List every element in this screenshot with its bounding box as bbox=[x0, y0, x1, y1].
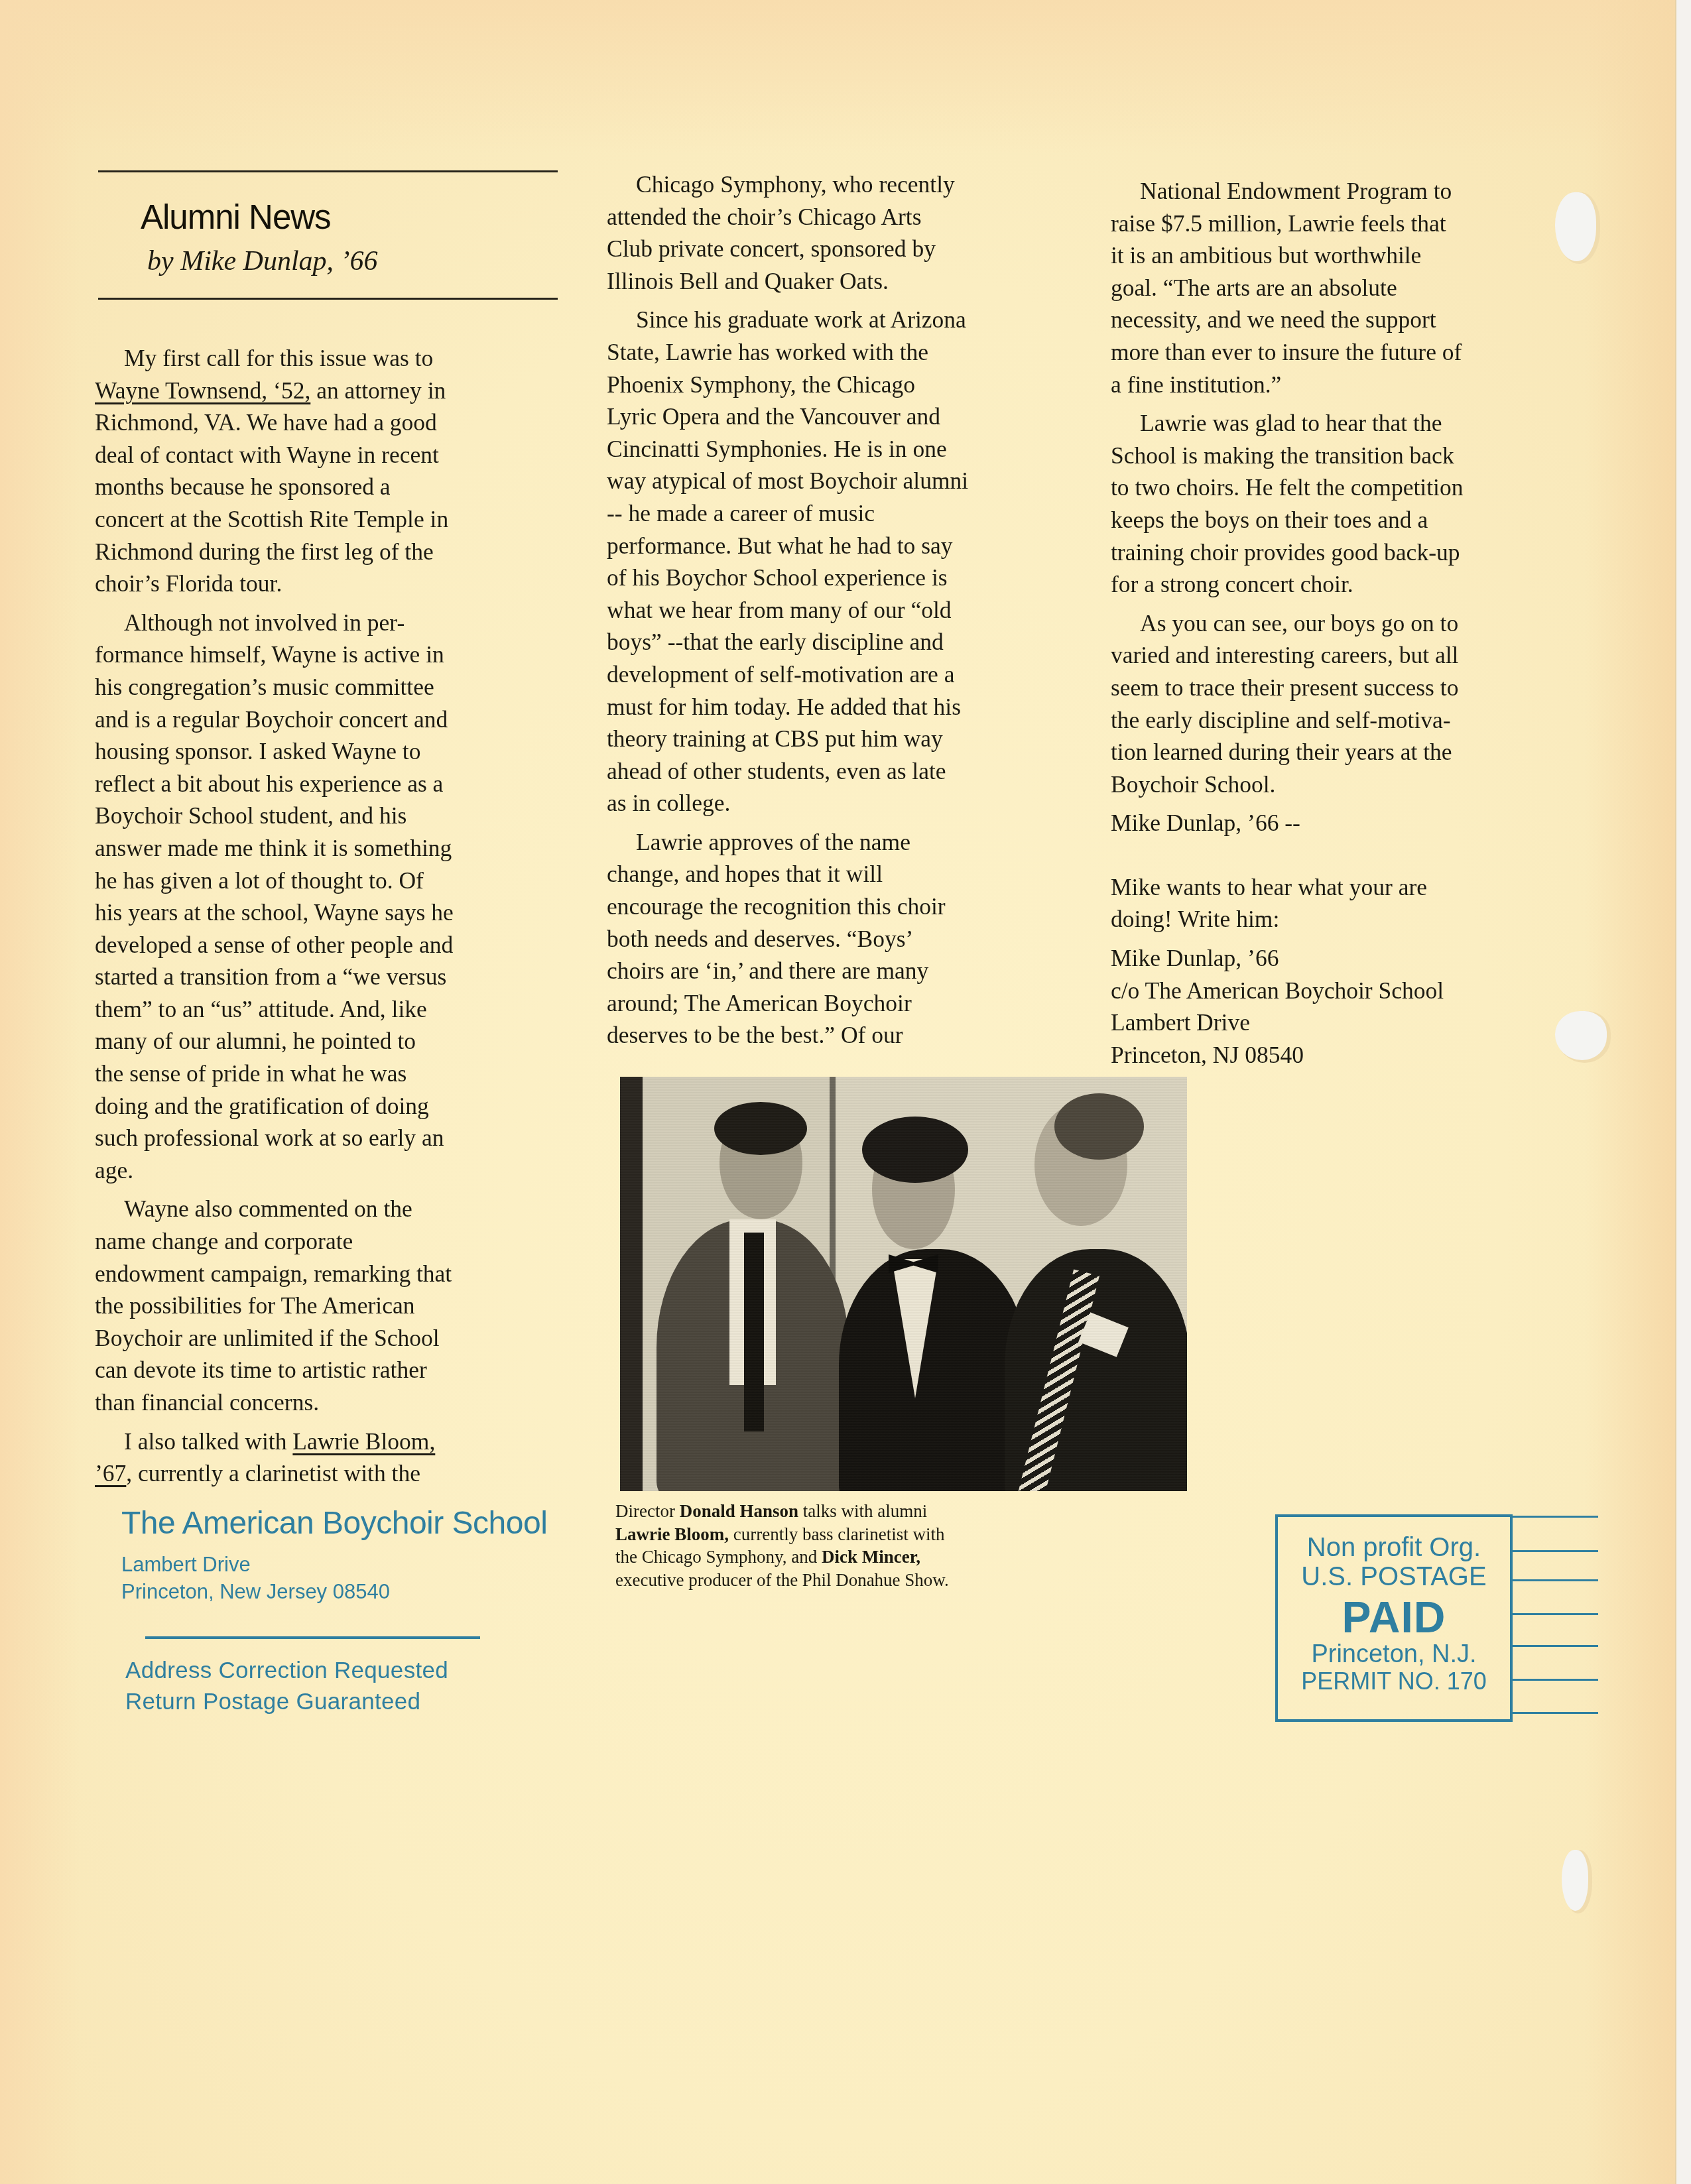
text-line: My first call for this issue was to bbox=[95, 342, 572, 375]
text-line: than financial concerns. bbox=[95, 1386, 572, 1419]
text-line: Wayne also commented on the bbox=[124, 1193, 572, 1225]
person-name-wayne-townsend: Wayne Townsend, ‘52, bbox=[95, 377, 310, 404]
text-line: a fine institution.” bbox=[1111, 369, 1588, 401]
text-line: National Endowment Program to bbox=[1140, 175, 1588, 208]
address-correction-note: Address Correction Requested bbox=[125, 1655, 547, 1686]
text-line: As you can see, our boys go on to bbox=[1140, 607, 1588, 640]
school-address: Lambert Drive Princeton, New Jersey 0854… bbox=[121, 1551, 547, 1605]
text-line: housing sponsor. I asked Wayne to bbox=[95, 735, 572, 768]
text-line: to two choirs. He felt the competition bbox=[1111, 471, 1588, 504]
text-line: such professional work at so early an bbox=[95, 1122, 572, 1154]
text-line: performance. But what he had to say bbox=[607, 530, 1084, 562]
return-postage-note: Return Postage Guaranteed bbox=[125, 1686, 547, 1717]
text-line: developed a sense of other people and bbox=[95, 929, 572, 961]
class-year: ’67 bbox=[95, 1460, 126, 1486]
text-line: his congregation’s music committee bbox=[95, 671, 572, 703]
text-line: Although not involved in per- bbox=[124, 607, 572, 639]
article-column-middle: Chicago Symphony, who recentlyattended t… bbox=[607, 168, 1084, 1058]
text-line: development of self-motivation are a bbox=[607, 658, 1084, 691]
water-stain-top bbox=[0, 0, 1691, 152]
text-line: attended the choir’s Chicago Arts bbox=[607, 201, 1084, 233]
text-line: Boychoir School student, and his bbox=[95, 800, 572, 832]
text-line: doing! Write him: bbox=[1111, 903, 1588, 936]
article-column-right: National Endowment Program toraise $7.5 … bbox=[1111, 175, 1588, 1077]
indicia-line bbox=[1510, 1645, 1598, 1647]
text-line: Richmond during the first leg of the bbox=[66, 536, 572, 568]
text-line: choirs are ‘in,’ and there are many bbox=[607, 955, 1084, 987]
return-address-block: The American Boychoir School Lambert Dri… bbox=[121, 1505, 547, 1717]
indicia-line bbox=[1510, 1550, 1598, 1552]
text-line: the sense of pride in what he was bbox=[95, 1058, 572, 1090]
indicia-line bbox=[1510, 1613, 1598, 1615]
text-line: theory training at CBS put him way bbox=[607, 723, 1084, 755]
text-line: deserves to be the best.” Of our bbox=[607, 1019, 1084, 1052]
text-line: his years at the school, Wayne says he bbox=[95, 896, 572, 929]
school-name: The American Boychoir School bbox=[121, 1505, 547, 1542]
paragraph: Lawrie approves of the namechange, and h… bbox=[607, 826, 1084, 1052]
edge-discoloration-left bbox=[0, 0, 80, 2184]
paragraph: My first call for this issue was to Wayn… bbox=[95, 342, 572, 600]
indicia-nonprofit: Non profit Org. bbox=[1278, 1533, 1510, 1562]
contact-intro: Mike wants to hear what your aredoing! W… bbox=[1111, 871, 1588, 936]
byline: by Mike Dunlap, ’66 bbox=[147, 245, 378, 277]
text-line: concert at the Scottish Rite Temple in bbox=[66, 503, 572, 536]
paragraph: National Endowment Program toraise $7.5 … bbox=[1111, 175, 1588, 400]
text-line: Boychoir School. bbox=[1111, 768, 1588, 801]
caption-text: Director bbox=[615, 1501, 680, 1521]
text-line: Richmond, VA. We have had a good bbox=[66, 406, 572, 439]
text-line: formance himself, Wayne is active in bbox=[95, 638, 572, 671]
caption-name-lawrie-bloom: Lawrie Bloom, bbox=[615, 1524, 729, 1544]
text-line: boys” --that the early discipline and bbox=[607, 626, 1084, 658]
text-line: he has given a lot of thought to. Of bbox=[95, 865, 572, 897]
text-line: necessity, and we need the support bbox=[1111, 304, 1588, 336]
text-line: Mike wants to hear what your are bbox=[1111, 871, 1588, 904]
indicia-line bbox=[1510, 1579, 1598, 1581]
text-line: goal. “The arts are an absolute bbox=[1111, 272, 1588, 304]
text-line: tion learned during their years at the bbox=[1111, 736, 1588, 768]
text-fragment: , currently a clarinetist with the bbox=[126, 1460, 420, 1486]
city: Princeton, New Jersey 08540 bbox=[121, 1578, 547, 1605]
punch-hole-bottom bbox=[1562, 1850, 1588, 1911]
header-rule-bottom bbox=[98, 298, 558, 300]
indicia-postage: U.S. POSTAGE bbox=[1278, 1562, 1510, 1591]
text-line: both needs and deserves. “Boys’ bbox=[607, 923, 1084, 955]
text-line: for a strong concert choir. bbox=[1111, 568, 1588, 601]
text-line: around; The American Boychoir bbox=[607, 987, 1084, 1020]
text-line: name change and corporate bbox=[95, 1225, 572, 1258]
caption-name-donald-hanson: Donald Hanson bbox=[680, 1501, 798, 1521]
text-fragment: an attorney in bbox=[310, 377, 446, 404]
text-line: seem to trace their present success to bbox=[1111, 672, 1588, 704]
text-line: -- he made a career of music bbox=[607, 497, 1084, 530]
postal-notes: Address Correction Requested Return Post… bbox=[125, 1655, 547, 1717]
paragraph: Chicago Symphony, who recentlyattended t… bbox=[607, 168, 1084, 297]
text-line: endowment campaign, remarking that bbox=[95, 1258, 572, 1290]
text-line: answer made me think it is something bbox=[95, 832, 572, 865]
caption-text: talks with alumni bbox=[798, 1501, 927, 1521]
text-line: Illinois Bell and Quaker Oats. bbox=[607, 265, 1084, 298]
text-line: them” to an “us” attitude. And, like bbox=[95, 993, 572, 1026]
text-line: more than ever to insure the future of bbox=[1111, 336, 1588, 369]
text-line: many of our alumni, he pointed to bbox=[95, 1025, 572, 1058]
text-line: ahead of other students, even as late bbox=[607, 755, 1084, 788]
photo-grain bbox=[620, 1077, 1187, 1491]
text-line: the possibilities for The American bbox=[95, 1290, 572, 1322]
text-line: way atypical of most Boychoir alumni bbox=[607, 465, 1084, 497]
section-title: Alumni News bbox=[141, 198, 331, 237]
person-name-lawrie-bloom: Lawrie Bloom, bbox=[292, 1428, 435, 1455]
divider bbox=[145, 1636, 480, 1639]
text-line: varied and interesting careers, but all bbox=[1111, 639, 1588, 672]
text-line: Lawrie approves of the name bbox=[636, 826, 1084, 859]
page-edge bbox=[1675, 0, 1691, 2184]
text-line: Since his graduate work at Arizona bbox=[636, 304, 1084, 336]
text-line: Mike Dunlap, ’66 bbox=[1111, 942, 1588, 975]
text-line: Lyric Opera and the Vancouver and bbox=[607, 400, 1084, 433]
text-fragment: I also talked with bbox=[124, 1428, 292, 1455]
paragraph: I also talked with Lawrie Bloom, ’67, cu… bbox=[95, 1426, 572, 1490]
contact-address: Mike Dunlap, ’66c/o The American Boychoi… bbox=[1111, 942, 1588, 1071]
text-line: as in college. bbox=[607, 787, 1084, 819]
photo-caption: Director Donald Hanson talks with alumni… bbox=[615, 1500, 960, 1591]
indicia-paid: PAID bbox=[1278, 1594, 1510, 1640]
text-line: months because he sponsored a bbox=[66, 471, 572, 503]
text-line: training choir provides good back-up bbox=[1111, 536, 1588, 569]
text-line: Lawrie was glad to hear that the bbox=[1140, 407, 1588, 440]
indicia-city: Princeton, N.J. bbox=[1278, 1640, 1510, 1668]
signoff: Mike Dunlap, ’66 -- bbox=[1111, 807, 1588, 839]
text-line: I also talked with Lawrie Bloom, bbox=[95, 1426, 572, 1458]
paragraph: As you can see, our boys go on tovaried … bbox=[1111, 607, 1588, 801]
text-line: School is making the transition back bbox=[1111, 440, 1588, 472]
text-line: must for him today. He added that his bbox=[607, 691, 1084, 723]
paragraph: Although not involved in per-formance hi… bbox=[95, 607, 572, 1187]
indicia-permit: PERMIT NO. 170 bbox=[1278, 1668, 1510, 1695]
paragraph: Lawrie was glad to hear that theSchool i… bbox=[1111, 407, 1588, 601]
text-line: Chicago Symphony, who recently bbox=[636, 168, 1084, 201]
text-line: Club private concert, sponsored by bbox=[607, 233, 1084, 265]
text-line: ’67, currently a clarinetist with the bbox=[66, 1457, 572, 1490]
text-line: Phoenix Symphony, the Chicago bbox=[607, 369, 1084, 401]
text-line: what we hear from many of our “old bbox=[607, 594, 1084, 627]
text-line: c/o The American Boychoir School bbox=[1111, 975, 1588, 1007]
text-line: age. bbox=[95, 1154, 572, 1187]
postage-indicia: Non profit Org. U.S. POSTAGE PAID Prince… bbox=[1275, 1514, 1513, 1722]
indicia-line bbox=[1510, 1516, 1598, 1518]
text-line: it is an ambitious but worthwhile bbox=[1111, 239, 1588, 272]
text-line: the early discipline and self-motiva- bbox=[1111, 704, 1588, 737]
caption-name-dick-mincer: Dick Mincer, bbox=[822, 1547, 920, 1567]
article-column-left: My first call for this issue was to Wayn… bbox=[95, 342, 572, 1496]
text-line: change, and hopes that it will bbox=[607, 858, 1084, 890]
paragraph: Since his graduate work at ArizonaState,… bbox=[607, 304, 1084, 819]
street: Lambert Drive bbox=[121, 1551, 547, 1578]
paragraph: Wayne also commented on thename change a… bbox=[95, 1193, 572, 1418]
indicia-line bbox=[1510, 1712, 1598, 1714]
text-line: can devote its time to artistic rather bbox=[95, 1354, 572, 1386]
text-line: choir’s Florida tour. bbox=[66, 568, 572, 600]
text-line: of his Boychor School experience is bbox=[607, 562, 1084, 594]
photo-three-men bbox=[620, 1077, 1187, 1491]
text-line: Cincinatti Symphonies. He is in one bbox=[607, 433, 1084, 465]
text-line: deal of contact with Wayne in recent bbox=[66, 439, 572, 471]
text-line: State, Lawrie has worked with the bbox=[607, 336, 1084, 369]
header-rule-top bbox=[98, 170, 558, 172]
text-line: raise $7.5 million, Lawrie feels that bbox=[1111, 208, 1588, 240]
caption-text: executive producer of the Phil Donahue S… bbox=[615, 1570, 949, 1590]
text-line: keeps the boys on their toes and a bbox=[1111, 504, 1588, 536]
text-line: Boychoir are unlimited if the School bbox=[95, 1322, 572, 1355]
text-line: Wayne Townsend, ‘52, an attorney in bbox=[66, 375, 572, 407]
text-line: and is a regular Boychoir concert and bbox=[95, 703, 572, 736]
text-line: reflect a bit about his experience as a bbox=[95, 768, 572, 800]
text-line: Lambert Drive bbox=[1111, 1006, 1588, 1039]
text-line: doing and the gratification of doing bbox=[95, 1090, 572, 1122]
edge-discoloration-right bbox=[1585, 0, 1678, 2184]
text-line: Princeton, NJ 08540 bbox=[1111, 1039, 1588, 1071]
text-line: encourage the recognition this choir bbox=[607, 890, 1084, 923]
indicia-line bbox=[1510, 1679, 1598, 1681]
text-line: started a transition from a “we versus bbox=[95, 961, 572, 993]
